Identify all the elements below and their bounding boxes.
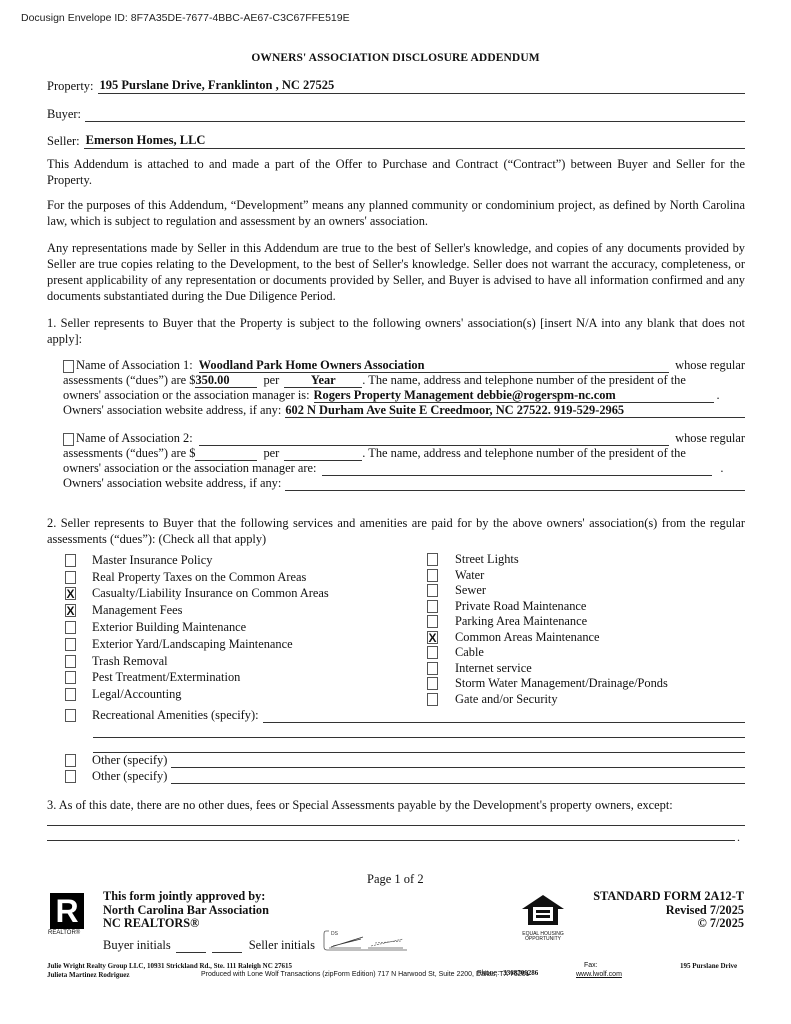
- association-1-manager-label: owners' association or the association m…: [63, 388, 310, 403]
- association-2-name-input[interactable]: [199, 431, 669, 446]
- docusign-initials-icon: DS: [323, 929, 413, 953]
- recreational-amenities-label: Recreational Amenities (specify):: [92, 708, 259, 723]
- realtor-logo: R REALTOR®: [48, 893, 88, 936]
- service-left-label: Exterior Yard/Landscaping Maintenance: [92, 637, 293, 652]
- form-info-block: STANDARD FORM 2A12-T Revised 7/2025 © 7/…: [593, 890, 744, 931]
- association-1-president-text: . The name, address and telephone number…: [362, 373, 686, 388]
- service-right-label: Private Road Maintenance: [455, 599, 586, 614]
- file-name: 195 Purslane Drive: [680, 962, 737, 970]
- association-1-whose-regular: whose regular: [675, 358, 745, 373]
- association-1-name-input[interactable]: Woodland Park Home Owners Association: [199, 358, 669, 373]
- docusign-envelope-id: Docusign Envelope ID: 8F7A35DE-7677-4BBC…: [21, 12, 350, 24]
- other-1-input[interactable]: [171, 753, 745, 768]
- association-2-manager-input[interactable]: [322, 461, 712, 476]
- form-revised: Revised 7/2025: [593, 904, 744, 918]
- service-right-label: Internet service: [455, 661, 532, 676]
- services-right-list: Street LightsWaterSewerPrivate Road Main…: [427, 552, 747, 707]
- service-right-label: Cable: [455, 645, 484, 660]
- association-1-per-input[interactable]: Year: [284, 373, 362, 388]
- service-right-checkbox[interactable]: X: [427, 631, 438, 644]
- service-left-item: Real Property Taxes on the Common Areas: [65, 569, 415, 586]
- service-right-checkbox[interactable]: [427, 553, 438, 566]
- service-right-label: Water: [455, 568, 484, 583]
- association-2-dues-label: assessments (“dues”) are $: [63, 446, 195, 461]
- service-right-item: XCommon Areas Maintenance: [427, 630, 747, 646]
- service-left-item: Legal/Accounting: [65, 686, 415, 703]
- equal-housing-caption-2: OPPORTUNITY: [515, 937, 571, 942]
- service-right-label: Gate and/or Security: [455, 692, 558, 707]
- section-3-line-1[interactable]: [47, 825, 745, 826]
- equal-housing-icon: [520, 893, 566, 927]
- service-right-checkbox[interactable]: [427, 615, 438, 628]
- buyer-initials-1[interactable]: [176, 952, 206, 953]
- service-right-item: Private Road Maintenance: [427, 599, 747, 615]
- property-label: Property:: [47, 79, 94, 94]
- equal-housing-logo: EQUAL HOUSING OPPORTUNITY: [515, 893, 571, 942]
- service-right-checkbox[interactable]: [427, 677, 438, 690]
- service-left-label: Pest Treatment/Extermination: [92, 670, 240, 685]
- service-left-item: XCasualty/Liability Insurance on Common …: [65, 586, 415, 603]
- association-1-dues-label: assessments (“dues”) are $: [63, 373, 195, 388]
- association-2-manager-label: owners' association or the association m…: [63, 461, 316, 476]
- phone-block: Phone: 3368706286: [477, 962, 538, 980]
- other-1-label: Other (specify): [92, 753, 167, 768]
- service-right-item: Gate and/or Security: [427, 692, 747, 708]
- service-left-item: Exterior Building Maintenance: [65, 619, 415, 636]
- buyer-field-row: Buyer:: [47, 106, 745, 122]
- seller-label: Seller:: [47, 134, 80, 149]
- realtor-caption: REALTOR®: [48, 930, 88, 936]
- agent-name: Julieta Martinez Rodriguez: [47, 971, 129, 979]
- section-3-text: 3. As of this date, there are no other d…: [47, 797, 745, 813]
- phone-value: 3368706286: [503, 969, 538, 977]
- association-1-checkbox[interactable]: [63, 360, 74, 373]
- other-2-label: Other (specify): [92, 769, 167, 784]
- service-left-label: Master Insurance Policy: [92, 553, 212, 568]
- svg-text:DS: DS: [331, 931, 339, 937]
- fax-label: Fax:: [584, 962, 598, 969]
- seller-initials-label: Seller initials: [249, 938, 315, 953]
- service-right-checkbox[interactable]: [427, 646, 438, 659]
- service-right-label: Common Areas Maintenance: [455, 630, 600, 645]
- form-name: STANDARD FORM 2A12-T: [593, 890, 744, 904]
- property-input[interactable]: 195 Purslane Drive, Franklinton , NC 275…: [98, 78, 745, 94]
- form-copyright: © 7/2025: [593, 917, 744, 931]
- recreational-amenities-input[interactable]: [263, 708, 745, 723]
- approved-line-3: NC REALTORS®: [103, 917, 269, 931]
- association-2-whose-regular: whose regular: [675, 431, 745, 446]
- service-left-checkbox[interactable]: X: [65, 587, 76, 600]
- service-left-checkbox[interactable]: [65, 655, 76, 668]
- seller-field-row: Seller: Emerson Homes, LLC: [47, 133, 745, 149]
- buyer-input[interactable]: [85, 106, 745, 122]
- association-1-website-label: Owners' association website address, if …: [63, 403, 281, 418]
- association-2-per-input[interactable]: [284, 446, 362, 461]
- section-3-line-2[interactable]: [47, 840, 735, 841]
- other-2-input[interactable]: [171, 769, 745, 784]
- service-right-item: Sewer: [427, 583, 747, 599]
- period: .: [720, 461, 723, 476]
- service-left-label: Trash Removal: [92, 654, 168, 669]
- service-right-item: Parking Area Maintenance: [427, 614, 747, 630]
- intro-paragraph: This Addendum is attached to and made a …: [47, 156, 745, 188]
- brokerage-info: Julie Wright Realty Group LLC, 10931 Str…: [47, 962, 292, 970]
- representations-paragraph: Any representations made by Seller in th…: [47, 240, 745, 304]
- service-right-checkbox[interactable]: [427, 662, 438, 675]
- service-left-checkbox[interactable]: [65, 571, 76, 584]
- recreational-amenities-row: Recreational Amenities (specify):: [65, 706, 745, 724]
- service-left-item: Pest Treatment/Extermination: [65, 670, 415, 687]
- service-right-label: Street Lights: [455, 552, 519, 567]
- association-2-block: Name of Association 2: whose regular ass…: [63, 431, 745, 491]
- buyer-initials-label: Buyer initials: [103, 938, 171, 953]
- service-right-item: Cable: [427, 645, 747, 661]
- service-left-label: Real Property Taxes on the Common Areas: [92, 570, 306, 585]
- page-number: Page 1 of 2: [367, 872, 424, 887]
- association-2-president-text: . The name, address and telephone number…: [362, 446, 686, 461]
- services-left-list: Master Insurance PolicyReal Property Tax…: [65, 552, 415, 703]
- service-left-checkbox[interactable]: X: [65, 604, 76, 617]
- seller-input[interactable]: Emerson Homes, LLC: [84, 133, 745, 149]
- service-left-label: Management Fees: [92, 603, 183, 618]
- association-1-block: Name of Association 1: Woodland Park Hom…: [63, 358, 745, 418]
- association-2-checkbox[interactable]: [63, 433, 74, 446]
- service-right-label: Storm Water Management/Drainage/Ponds: [455, 676, 668, 691]
- service-right-item: Street Lights: [427, 552, 747, 568]
- period: .: [737, 830, 740, 845]
- buyer-label: Buyer:: [47, 107, 81, 122]
- development-paragraph: For the purposes of this Addendum, “Deve…: [47, 197, 745, 229]
- recreational-amenities-line-2[interactable]: [93, 737, 745, 738]
- service-right-item: Storm Water Management/Drainage/Ponds: [427, 676, 747, 692]
- service-right-checkbox[interactable]: [427, 569, 438, 582]
- buyer-initials-2[interactable]: [212, 952, 242, 953]
- service-left-checkbox[interactable]: [65, 671, 76, 684]
- approved-line-1: This form jointly approved by:: [103, 890, 269, 904]
- association-2-website-label: Owners' association website address, if …: [63, 476, 281, 491]
- period: .: [717, 388, 720, 403]
- service-left-checkbox[interactable]: [65, 621, 76, 634]
- service-left-item: Exterior Yard/Landscaping Maintenance: [65, 636, 415, 653]
- service-left-checkbox[interactable]: [65, 554, 76, 567]
- association-2-dues-input[interactable]: [195, 446, 257, 461]
- seller-initials-signature[interactable]: DS: [323, 929, 413, 953]
- association-1-manager-input[interactable]: Rogers Property Management debbie@rogers…: [314, 388, 714, 403]
- recreational-amenities-checkbox[interactable]: [65, 709, 76, 722]
- section-2-text: 2. Seller represents to Buyer that the f…: [47, 515, 745, 547]
- phone-label: Phone:: [477, 970, 499, 977]
- association-1-website-input[interactable]: 602 N Durham Ave Suite E Creedmoor, NC 2…: [285, 403, 745, 418]
- association-1-name-label: Name of Association 1:: [76, 358, 193, 373]
- service-right-label: Parking Area Maintenance: [455, 614, 587, 629]
- association-1-dues-input[interactable]: 350.00: [195, 373, 257, 388]
- service-right-checkbox[interactable]: [427, 584, 438, 597]
- service-right-label: Sewer: [455, 583, 486, 598]
- property-field-row: Property: 195 Purslane Drive, Franklinto…: [47, 78, 745, 94]
- other-2-checkbox[interactable]: [65, 770, 76, 783]
- realtor-r-icon: R: [50, 893, 84, 929]
- service-left-label: Legal/Accounting: [92, 687, 181, 702]
- association-1-per-label: per: [263, 373, 279, 388]
- service-left-item: Trash Removal: [65, 653, 415, 670]
- approval-block: This form jointly approved by: North Car…: [103, 890, 269, 931]
- association-2-per-label: per: [263, 446, 279, 461]
- other-1-checkbox[interactable]: [65, 754, 76, 767]
- service-left-item: Master Insurance Policy: [65, 552, 415, 569]
- initials-row: Buyer initials Seller initials: [103, 938, 315, 953]
- other-rows: Other (specify) Other (specify): [65, 753, 745, 784]
- service-left-checkbox[interactable]: [65, 688, 76, 701]
- service-right-item: Water: [427, 568, 747, 584]
- service-left-checkbox[interactable]: [65, 638, 76, 651]
- section-1-text: 1. Seller represents to Buyer that the P…: [47, 315, 745, 347]
- association-2-website-input[interactable]: [285, 476, 745, 491]
- service-right-checkbox[interactable]: [427, 600, 438, 613]
- association-2-name-label: Name of Association 2:: [76, 431, 193, 446]
- service-left-item: XManagement Fees: [65, 602, 415, 619]
- service-left-label: Exterior Building Maintenance: [92, 620, 246, 635]
- service-left-label: Casualty/Liability Insurance on Common A…: [92, 586, 329, 601]
- service-right-item: Internet service: [427, 661, 747, 677]
- service-right-checkbox[interactable]: [427, 693, 438, 706]
- document-title: OWNERS' ASSOCIATION DISCLOSURE ADDENDUM: [0, 52, 791, 64]
- lwolf-link[interactable]: www.lwolf.com: [576, 971, 622, 978]
- approved-line-2: North Carolina Bar Association: [103, 904, 269, 918]
